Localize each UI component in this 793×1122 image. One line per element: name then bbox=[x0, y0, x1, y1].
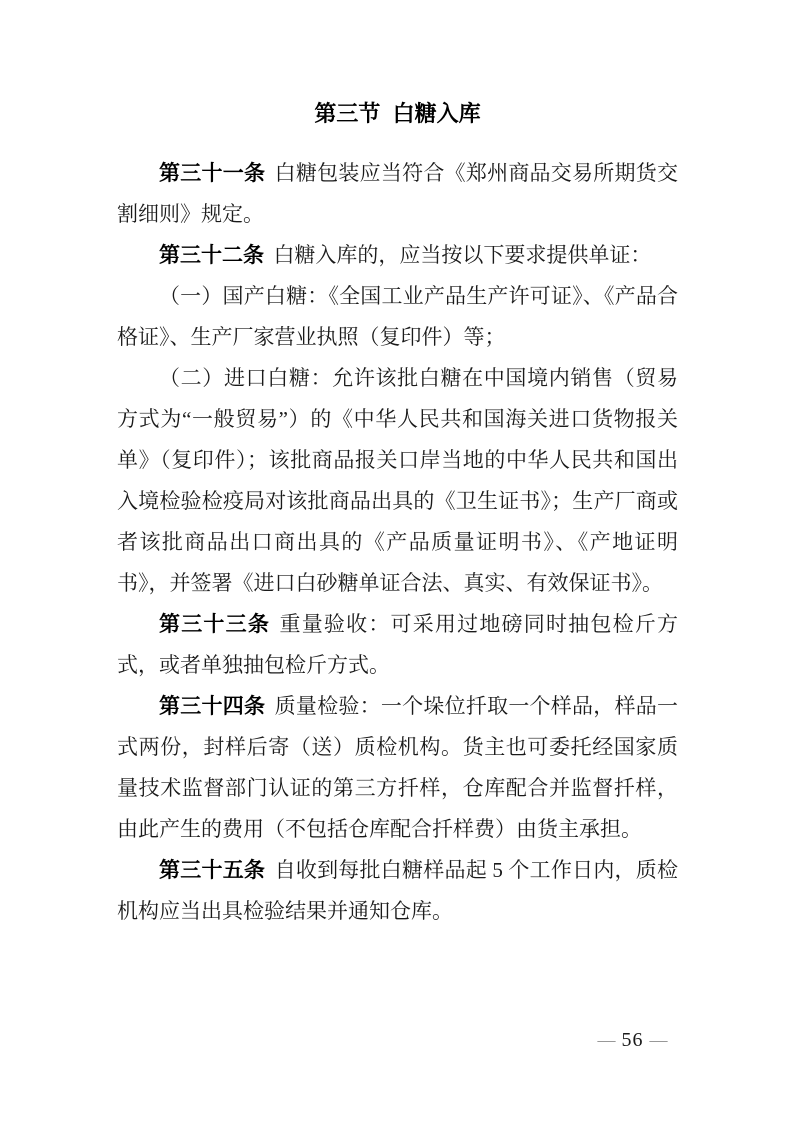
page-footer: —56— bbox=[570, 1026, 695, 1054]
article-number: 第三十四条 bbox=[159, 695, 265, 718]
paragraph-item-2: （二）进口白糖：允许该批白糖在中国境内销售（贸易方式为“一般贸易”）的《中华人民… bbox=[117, 358, 678, 604]
section-title: 第三节 白糖入库 bbox=[117, 100, 678, 128]
paragraph-text: （二）进口白糖：允许该批白糖在中国境内销售（贸易方式为“一般贸易”）的《中华人民… bbox=[117, 366, 678, 595]
paragraph-text: （一）国产白糖：《全国工业产品生产许可证》、《产品合格证》、生产厂家营业执照（复… bbox=[117, 284, 678, 349]
article-number: 第三十三条 bbox=[159, 613, 270, 636]
paragraph-article-34: 第三十四条质量检验：一个垛位扦取一个样品，样品一式两份，封样后寄（送）质检机构。… bbox=[117, 686, 678, 850]
paragraph-article-33: 第三十三条重量验收：可采用过地磅同时抽包检斤方式，或者单独抽包检斤方式。 bbox=[117, 604, 678, 686]
paragraph-article-32: 第三十二条白糖入库的，应当按以下要求提供单证： bbox=[117, 235, 678, 276]
article-number: 第三十二条 bbox=[159, 244, 264, 267]
footer-dash-right: — bbox=[644, 1030, 674, 1050]
paragraph-item-1: （一）国产白糖：《全国工业产品生产许可证》、《产品合格证》、生产厂家营业执照（复… bbox=[117, 276, 678, 358]
paragraph-article-31: 第三十一条白糖包装应当符合《郑州商品交易所期货交割细则》规定。 bbox=[117, 153, 678, 235]
document-page: 第三节 白糖入库 第三十一条白糖包装应当符合《郑州商品交易所期货交割细则》规定。… bbox=[0, 0, 793, 1122]
footer-dash-left: — bbox=[592, 1030, 622, 1050]
paragraph-article-35: 第三十五条自收到每批白糖样品起 5 个工作日内，质检机构应当出具检验结果并通知仓… bbox=[117, 850, 678, 932]
page-number: 56 bbox=[622, 1029, 644, 1051]
document-content: 第三节 白糖入库 第三十一条白糖包装应当符合《郑州商品交易所期货交割细则》规定。… bbox=[117, 100, 678, 932]
paragraph-text: 白糖入库的，应当按以下要求提供单证： bbox=[273, 243, 651, 267]
article-number: 第三十五条 bbox=[159, 859, 265, 882]
article-number: 第三十一条 bbox=[159, 162, 265, 185]
